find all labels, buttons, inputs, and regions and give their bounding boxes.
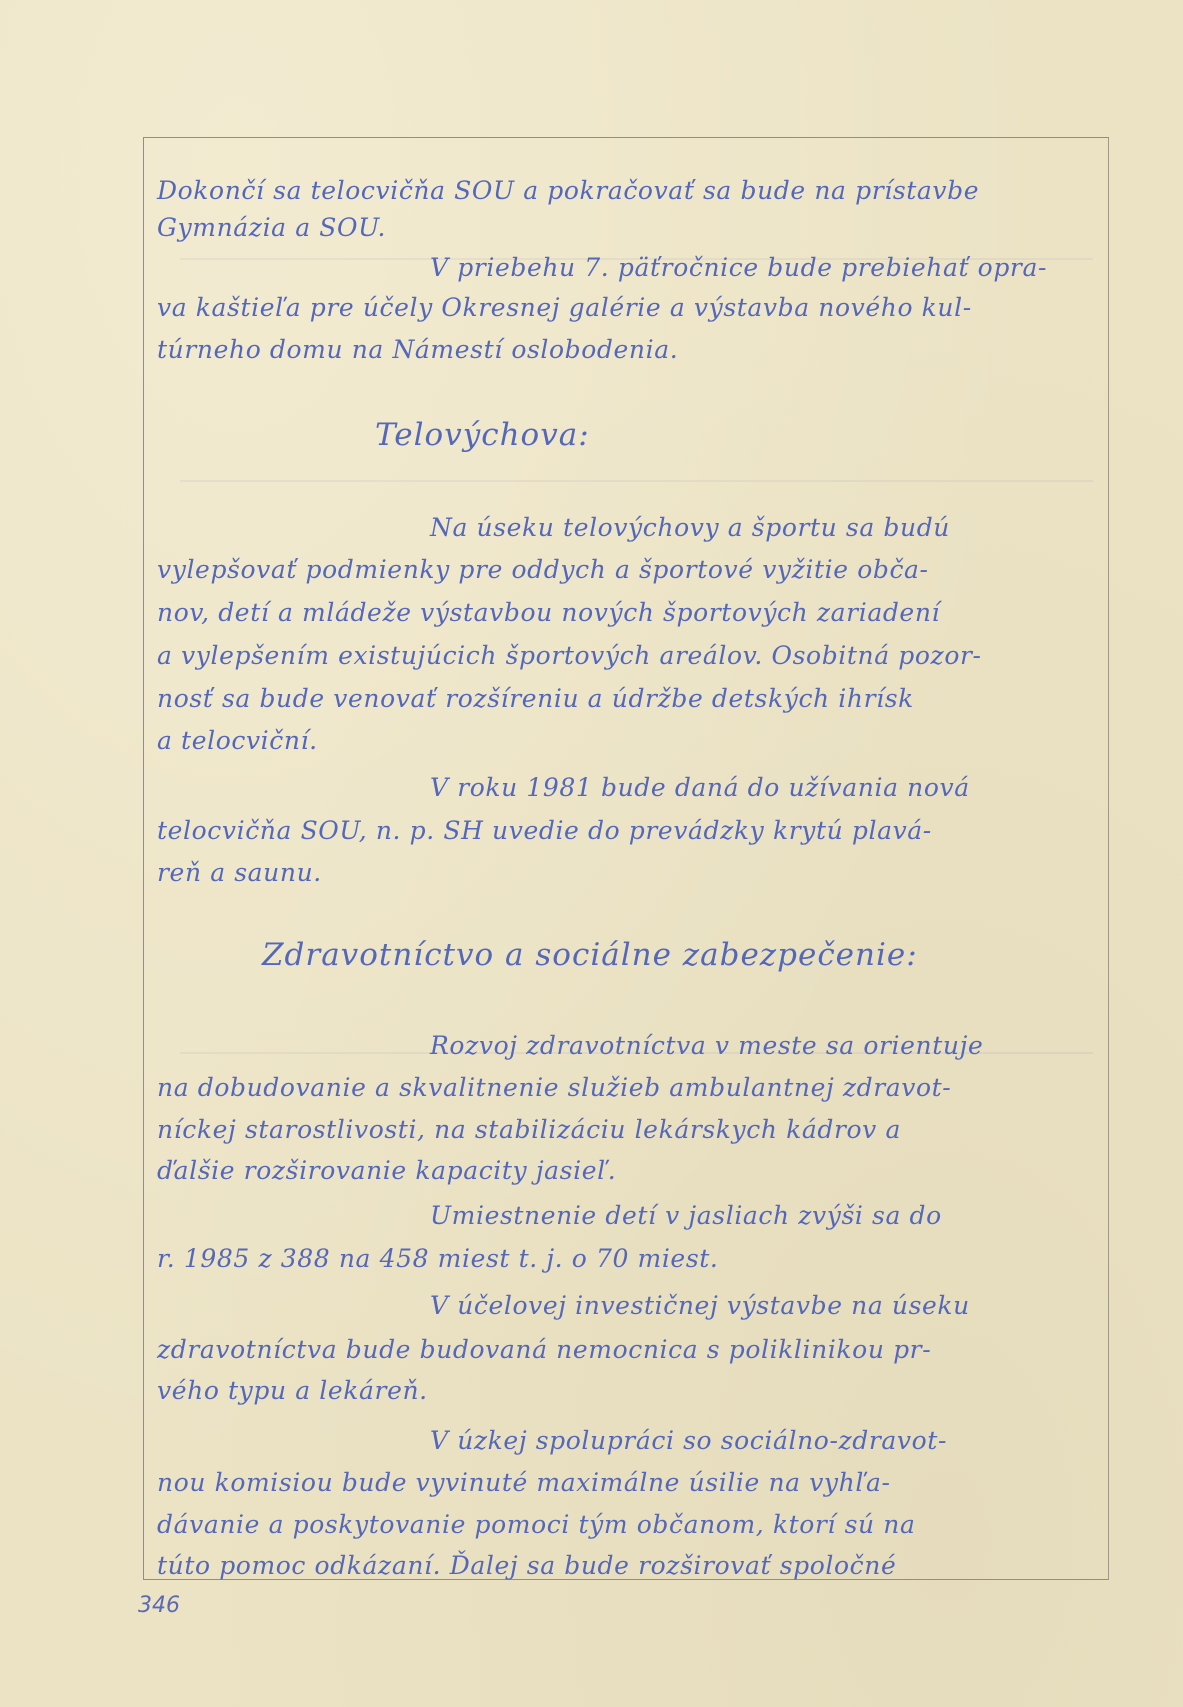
bleed-through — [180, 480, 1093, 482]
text-line: Rozvoj zdravotníctva v meste sa orientuj… — [430, 1033, 983, 1058]
text-line: nou komisiou bude vyvinuté maximálne úsi… — [157, 1470, 891, 1495]
text-line: nov, detí a mládeže výstavbou nových špo… — [157, 600, 940, 625]
text-line: níckej starostlivosti, na stabilizáciu l… — [157, 1117, 901, 1142]
text-line: r. 1985 z 388 na 458 miest t. j. o 70 mi… — [157, 1246, 718, 1271]
text-line: reň a saunu. — [157, 860, 322, 885]
text-line: vého typu a lekáreň. — [157, 1378, 428, 1403]
text-line: V účelovej investičnej výstavbe na úseku — [430, 1293, 970, 1318]
section-heading: Telovýchova: — [375, 420, 590, 451]
text-line: ďalšie rozširovanie kapacity jasieľ. — [157, 1158, 616, 1183]
text-line: na dobudovanie a skvalitnenie služieb am… — [157, 1075, 951, 1100]
text-line: a vylepšením existujúcich športových are… — [157, 643, 982, 668]
text-line: va kaštieľa pre účely Okresnej galérie a… — [157, 295, 972, 320]
text-line: zdravotníctva bude budovaná nemocnica s … — [157, 1337, 931, 1362]
text-line: Na úseku telovýchovy a športu sa budú — [430, 515, 950, 540]
text-line: V úzkej spolupráci so sociálno-zdravot- — [430, 1428, 947, 1453]
text-line: a telocviční. — [157, 728, 318, 753]
text-line: V roku 1981 bude daná do užívania nová — [430, 775, 970, 800]
text-line: Dokončí sa telocvičňa SOU a pokračovať s… — [157, 178, 979, 203]
section-heading: Zdravotníctvo a sociálne zabezpečenie: — [262, 940, 918, 971]
text-line: Gymnázia a SOU. — [157, 215, 386, 240]
text-line: vylepšovať podmienky pre oddych a športo… — [157, 557, 929, 582]
text-line: nosť sa bude venovať rozšíreniu a údržbe… — [157, 686, 914, 711]
text-line: Umiestnenie detí v jasliach zvýši sa do — [430, 1203, 942, 1228]
text-line: túrneho domu na Námestí oslobodenia. — [157, 337, 678, 362]
text-line: túto pomoc odkázaní. Ďalej sa bude rozši… — [157, 1553, 896, 1578]
text-line: V priebehu 7. päťročnice bude prebiehať … — [430, 255, 1047, 280]
page-number: 346 — [138, 1593, 180, 1618]
text-line: telocvičňa SOU, n. p. SH uvedie do prevá… — [157, 818, 932, 843]
text-line: dávanie a poskytovanie pomoci tým občano… — [157, 1512, 915, 1537]
